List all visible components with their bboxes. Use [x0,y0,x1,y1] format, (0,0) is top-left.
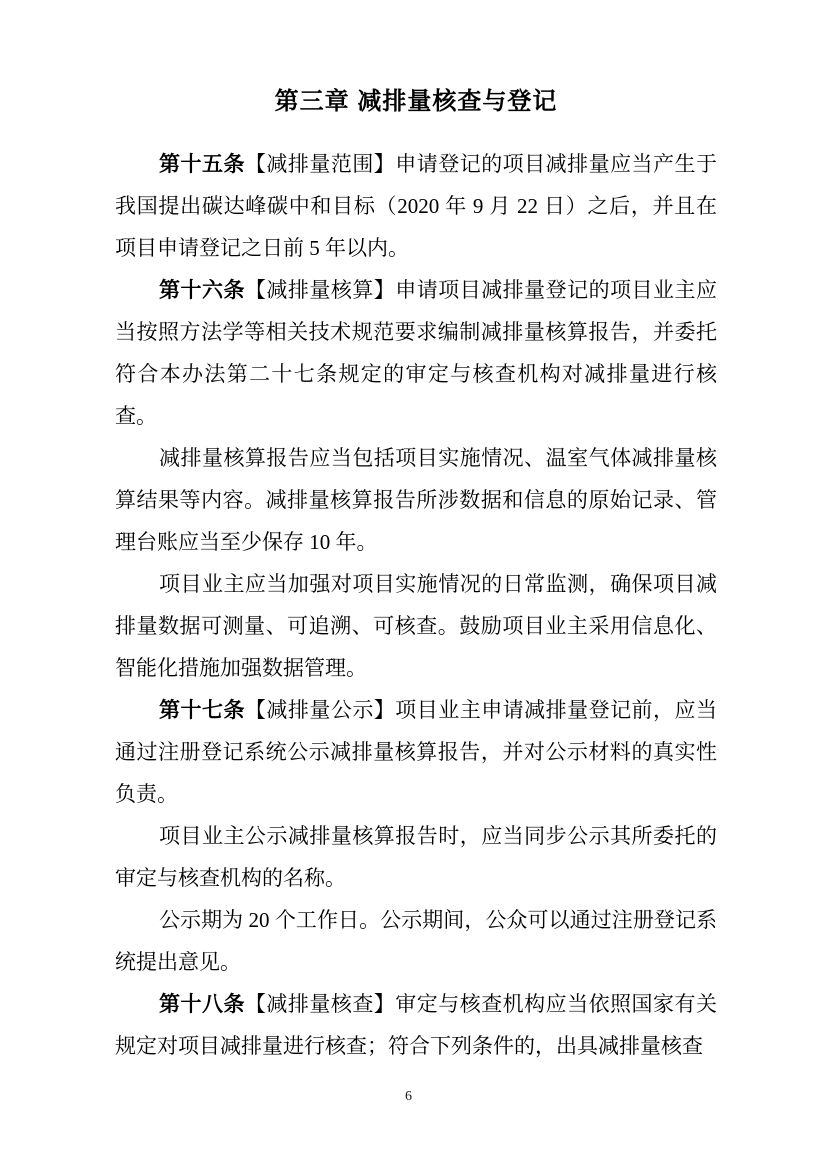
paragraph-text: 项目业主公示减排量核算报告时，应当同步公示其所委托的审定与核查机构的名称。 [115,824,717,890]
article-number: 第十八条 [159,992,245,1016]
paragraph-disclosure-agency: 项目业主公示减排量核算报告时，应当同步公示其所委托的审定与核查机构的名称。 [115,815,717,899]
article-number: 第十五条 [159,152,245,176]
paragraph-publicity-period: 公示期为 20 个工作日。公示期间，公众可以通过注册登记系统提出意见。 [115,899,717,983]
paragraph-article-18: 第十八条【减排量核查】审定与核查机构应当依照国家有关规定对项目减排量进行核查；符… [115,983,717,1067]
article-label: 【减排量范围】 [245,152,395,176]
paragraph-text: 项目业主应当加强对项目实施情况的日常监测，确保项目减排量数据可测量、可追溯、可核… [115,572,717,680]
article-label: 【减排量核算】 [245,278,395,302]
article-label: 【减排量公示】 [245,698,395,722]
paragraph-article-17: 第十七条【减排量公示】项目业主申请减排量登记前，应当通过注册登记系统公示减排量核… [115,689,717,815]
article-number: 第十七条 [159,698,245,722]
document-page: 第三章 减排量核查与登记 第十五条【减排量范围】申请登记的项目减排量应当产生于我… [0,0,817,1161]
chapter-title: 第三章 减排量核查与登记 [115,86,717,118]
page-number: 6 [0,1089,817,1105]
article-number: 第十六条 [159,278,245,302]
paragraph-text: 公示期为 20 个工作日。公示期间，公众可以通过注册登记系统提出意见。 [115,908,717,974]
article-label: 【减排量核查】 [245,992,395,1016]
paragraph-monitoring: 项目业主应当加强对项目实施情况的日常监测，确保项目减排量数据可测量、可追溯、可核… [115,563,717,689]
page-content: 第三章 减排量核查与登记 第十五条【减排量范围】申请登记的项目减排量应当产生于我… [115,86,717,1067]
paragraph-accounting-report: 减排量核算报告应当包括项目实施情况、温室气体减排量核算结果等内容。减排量核算报告… [115,437,717,563]
paragraph-article-16: 第十六条【减排量核算】申请项目减排量登记的项目业主应当按照方法学等相关技术规范要… [115,269,717,437]
paragraph-article-15: 第十五条【减排量范围】申请登记的项目减排量应当产生于我国提出碳达峰碳中和目标（2… [115,143,717,269]
paragraph-text: 减排量核算报告应当包括项目实施情况、温室气体减排量核算结果等内容。减排量核算报告… [115,446,717,554]
